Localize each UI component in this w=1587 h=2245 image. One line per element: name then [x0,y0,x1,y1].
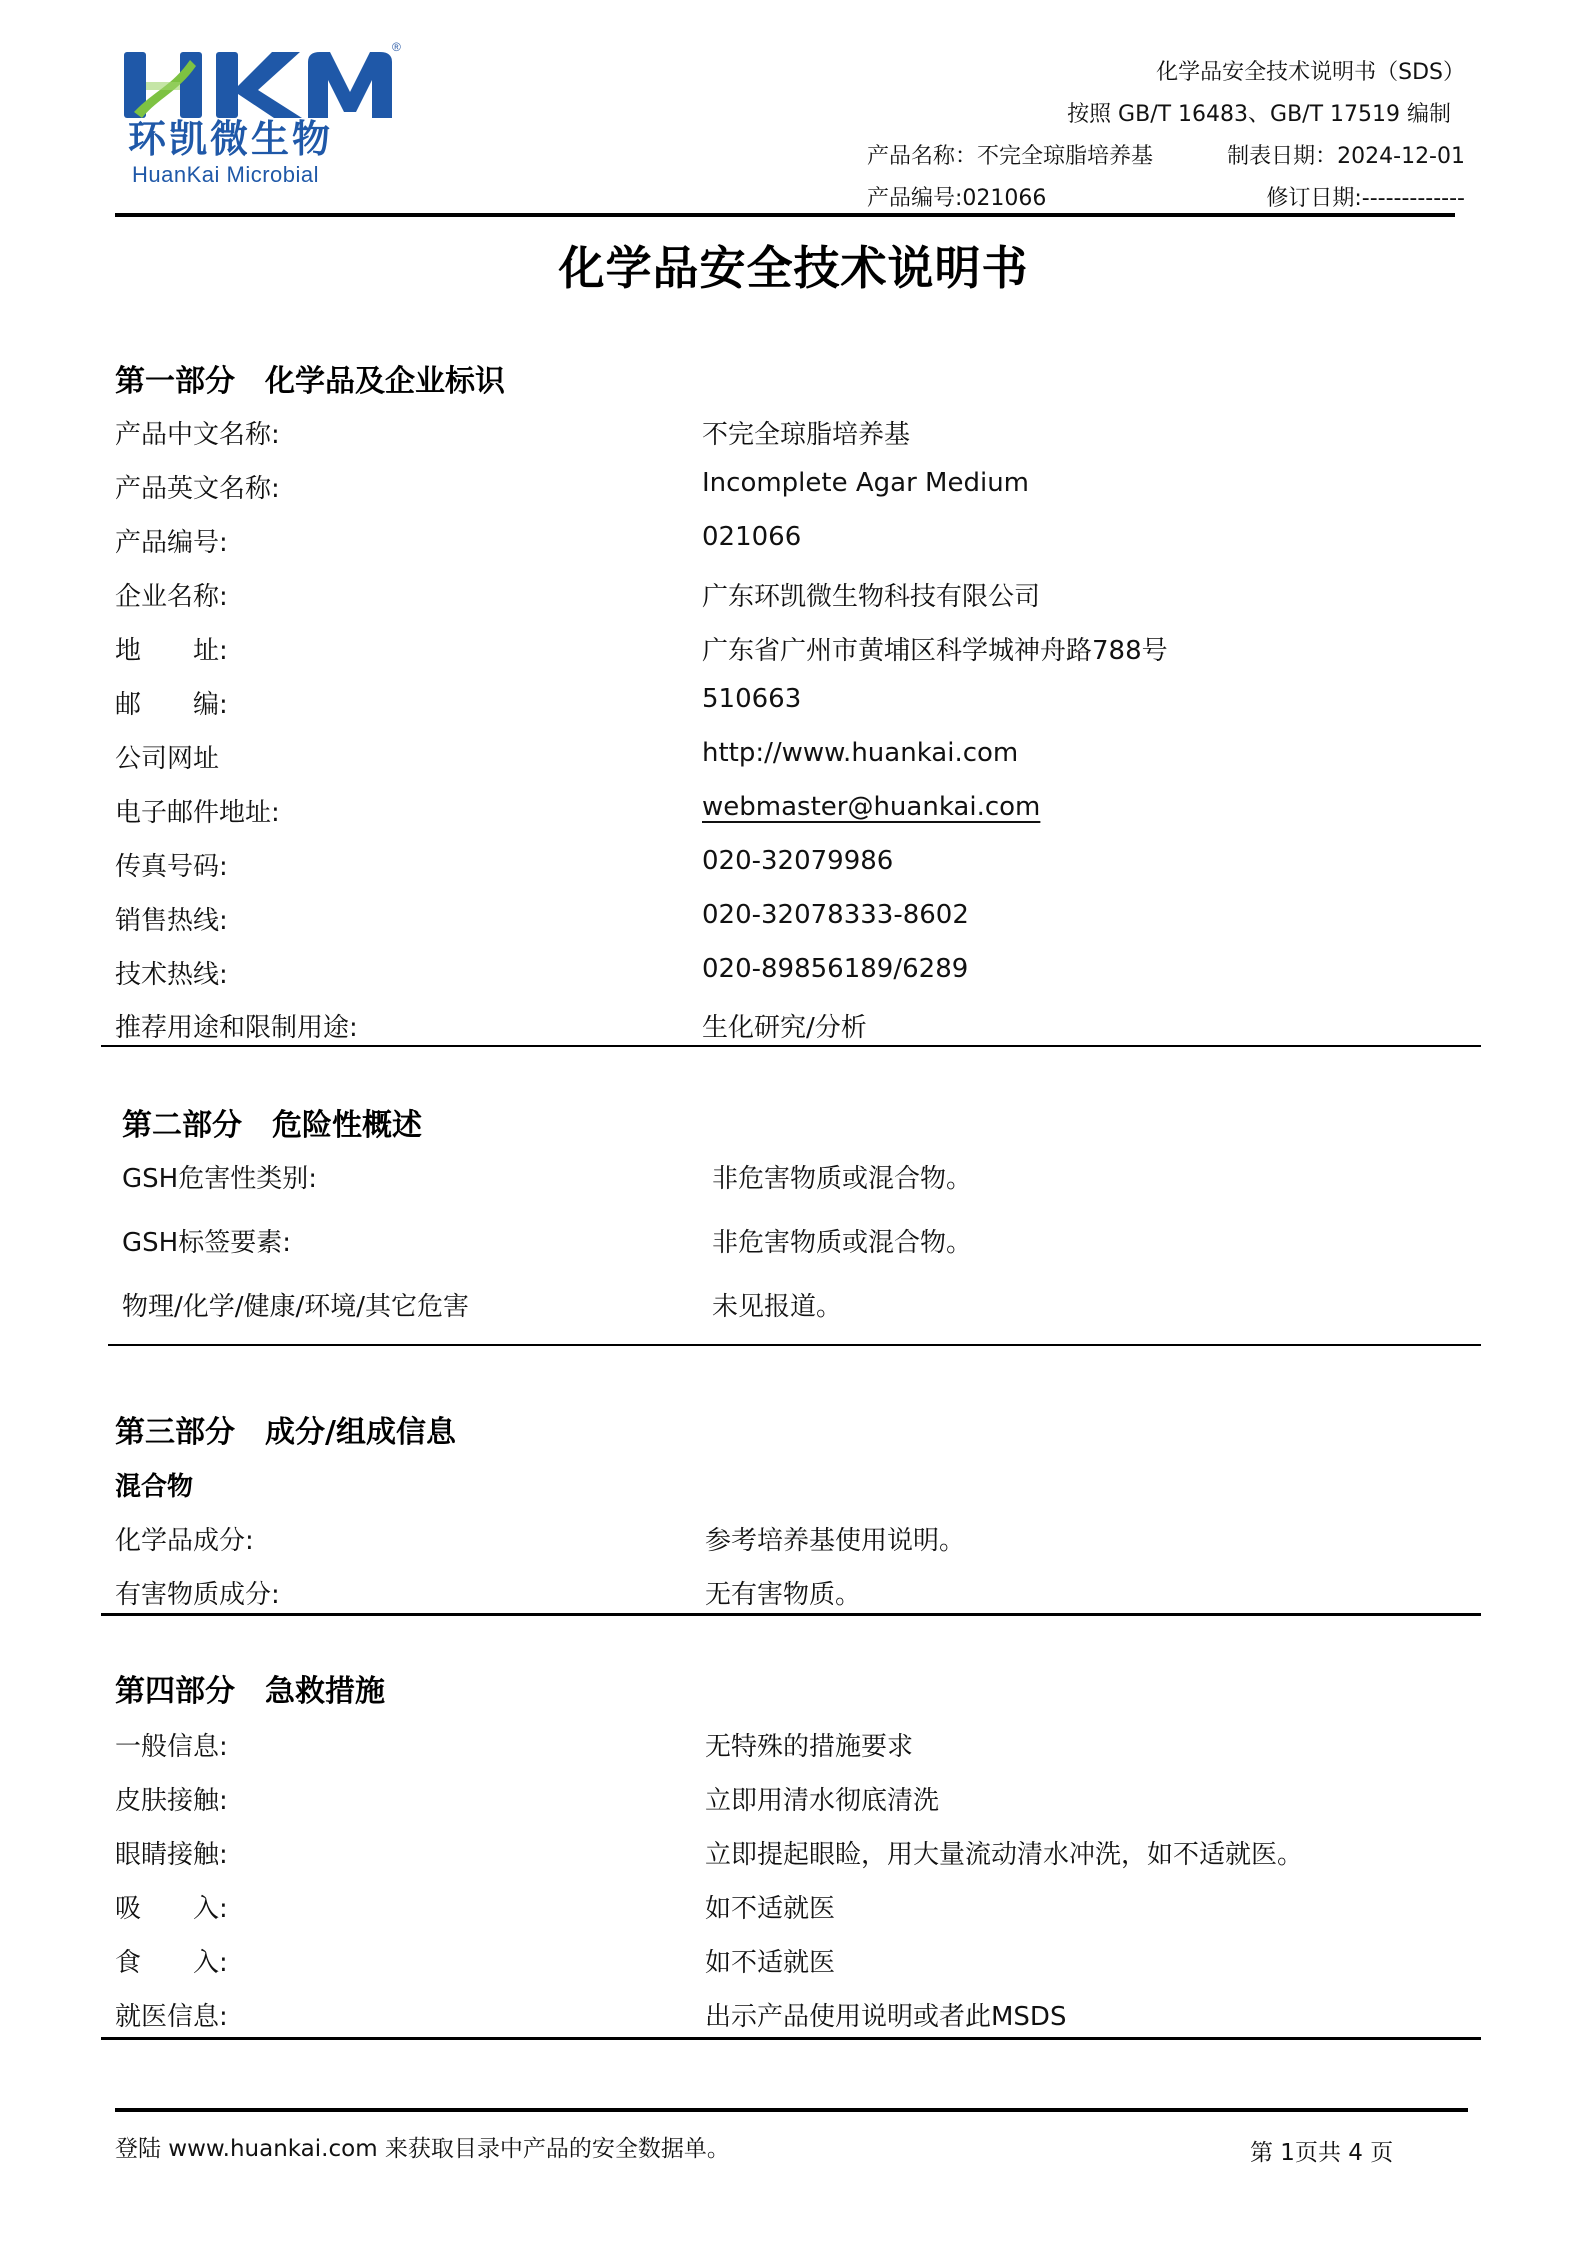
row-value: 出示产品使用说明或者此MSDS [705,1996,1066,2033]
section-1-divider [101,1045,1481,1047]
section-4-title: 第四部分 急救措施 [115,1666,385,1710]
row-label: 公司网址 [115,738,219,775]
company-logo: ® 环凯微生物 HuanKai Microbial [120,38,410,188]
row-value: 广东环凯微生物科技有限公司 [702,576,1040,613]
section-2-title: 第二部分 危险性概述 [122,1100,422,1144]
row-label: 销售热线: [115,900,228,937]
header-row-product: 产品名称：不完全琼脂培养基 制表日期：2024-12-01 [867,136,1465,178]
row-value: 020-32079986 [702,846,893,876]
row-label: 化学品成分: [115,1520,254,1557]
row-value: 021066 [702,522,801,552]
row-value: 020-89856189/6289 [702,954,968,984]
standard-reference: 按照 GB/T 16483、GB/T 17519 编制 [867,94,1451,136]
row-label: 产品中文名称: [115,414,280,451]
product-name-value: 不完全琼脂培养基 [977,144,1153,169]
row-label: 产品编号: [115,522,228,559]
revision-date-value: ------------- [1362,186,1465,211]
row-label: 吸 入: [115,1888,228,1925]
row-label: 产品英文名称: [115,468,280,505]
row-value: 无有害物质。 [705,1574,861,1611]
row-label: 企业名称: [115,576,228,613]
section-3-title: 第三部分 成分/组成信息 [115,1407,456,1451]
row-label: 一般信息: [115,1726,228,1763]
row-label: GSH标签要素: [122,1222,291,1259]
row-value: 参考培养基使用说明。 [705,1520,965,1557]
row-value: Incomplete Agar Medium [702,468,1029,498]
product-name-field: 产品名称：不完全琼脂培养基 [867,136,1153,178]
row-value: 生化研究/分析 [702,1007,867,1044]
row-value: 510663 [702,684,801,714]
registered-mark: ® [392,40,401,54]
footer-note: 登陆 www.huankai.com 来获取目录中产品的安全数据单。 [115,2130,730,2163]
issue-date-field: 制表日期：2024-12-01 [1227,136,1465,178]
row-label: 电子邮件地址: [115,792,280,829]
email-link[interactable]: webmaster@huankai.com [702,792,1040,822]
section-1-title: 第一部分 化学品及企业标识 [115,356,505,400]
document-header-info: 化学品安全技术说明书（SDS） 按照 GB/T 16483、GB/T 17519… [867,52,1465,220]
row-label: 有害物质成分: [115,1574,280,1611]
row-value: 020-32078333-8602 [702,900,969,930]
doc-type: 化学品安全技术说明书（SDS） [867,52,1465,94]
row-label: 推荐用途和限制用途: [115,1007,358,1044]
row-label: 就医信息: [115,1996,228,2033]
row-value: 非危害物质或混合物。 [712,1222,972,1259]
row-value: 未见报道。 [712,1286,842,1323]
row-value: 不完全琼脂培养基 [702,414,910,451]
row-label: 食 入: [115,1942,228,1979]
row-value: 如不适就医 [705,1888,835,1925]
row-value: 非危害物质或混合物。 [712,1158,972,1195]
page-title: 化学品安全技术说明书 [0,232,1587,298]
logo-english-name: HuanKai Microbial [132,164,319,186]
row-value: 无特殊的措施要求 [705,1726,913,1763]
row-label: 传真号码: [115,846,228,883]
hkm-logo-icon [124,46,394,121]
row-label: 物理/化学/健康/环境/其它危害 [122,1286,469,1323]
row-label: 技术热线: [115,954,228,991]
row-label: 皮肤接触: [115,1780,228,1817]
row-value: 广东省广州市黄埔区科学城神舟路788号 [702,630,1168,667]
issue-date-label: 制表日期： [1227,144,1337,169]
row-label: 眼睛接触: [115,1834,228,1871]
page-number: 第 1页共 4 页 [1250,2134,1393,2167]
row-label: 地 址: [115,630,228,667]
product-name-label: 产品名称： [867,144,977,169]
revision-date-label: 修订日期: [1266,186,1361,211]
section-3-subtitle: 混合物 [115,1466,193,1503]
row-label: GSH危害性类别: [122,1158,317,1195]
section-3-divider [101,1613,1481,1616]
logo-chinese-name: 环凯微生物 [128,120,333,158]
row-value: 立即用清水彻底清洗 [705,1780,939,1817]
section-4-divider [101,2037,1481,2040]
issue-date-value: 2024-12-01 [1337,144,1465,169]
product-code-value: 021066 [962,186,1046,211]
product-code-label: 产品编号: [867,186,962,211]
footer-divider [115,2108,1468,2112]
header-divider [115,213,1455,217]
row-value: 立即提起眼睑，用大量流动清水冲洗，如不适就医。 [705,1834,1303,1871]
website-link[interactable]: http://www.huankai.com [702,738,1018,768]
section-2-divider [108,1344,1481,1346]
row-value: 如不适就医 [705,1942,835,1979]
row-label: 邮 编: [115,684,228,721]
